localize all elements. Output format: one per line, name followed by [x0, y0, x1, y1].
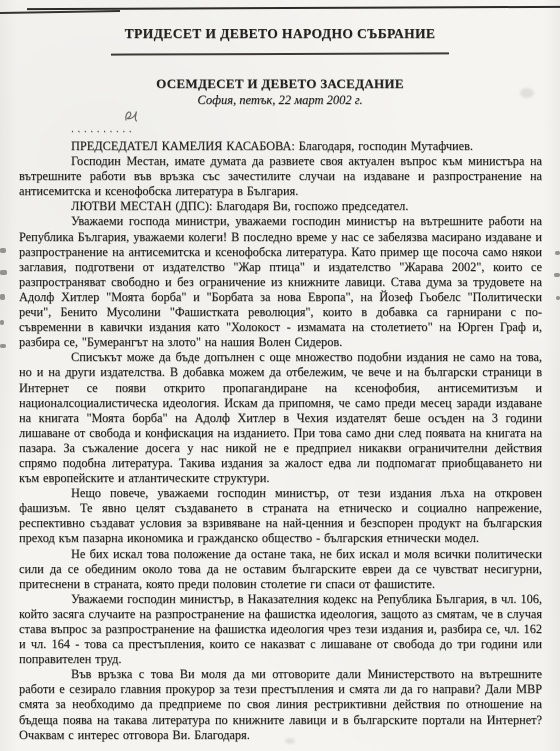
- session-title: ОСЕМДЕСЕТ И ДЕВЕТО ЗАСЕДАНИЕ: [0, 76, 560, 92]
- transcript-paragraph: Господин Местан, имате думата да развиет…: [19, 154, 542, 199]
- scan-smudge: [285, 738, 295, 744]
- dotted-annotation: ··········: [70, 127, 134, 136]
- paragraph-text: Във връзка с това Ви моля да ми отговори…: [19, 667, 542, 741]
- paragraph-text: Не бих искал това положение да остане та…: [19, 547, 542, 591]
- transcript-paragraph: Във връзка с това Ви моля да ми отговори…: [19, 667, 542, 742]
- scan-artifact: [556, 296, 560, 300]
- scan-artifact: [0, 320, 4, 325]
- scan-artifact: [0, 248, 6, 253]
- top-rule-fragment: [0, 10, 120, 14]
- transcript-paragraph: Списъкът може да бъде допълнен с още мно…: [19, 350, 542, 486]
- speaker-name: ЛЮТВИ МЕСТАН (ДПС):: [71, 199, 212, 213]
- paragraph-text: Благодаря Ви, госпожо председател.: [212, 199, 408, 213]
- transcript-paragraph: Нещо повече, уважаеми господин министър,…: [19, 486, 542, 546]
- scanned-transcript-page: ТРИДЕСЕТ И ДЕВЕТО НАРОДНО СЪБРАНИЕ ОСЕМД…: [0, 0, 560, 751]
- paragraph-text: Уважаеми господа министри, уважаеми госп…: [19, 214, 542, 349]
- scan-artifact: [554, 273, 560, 277]
- paragraph-text: Благодаря, господин Мутафчиев.: [295, 139, 473, 153]
- assembly-title: ТРИДЕСЕТ И ДЕВЕТО НАРОДНО СЪБРАНИЕ: [0, 26, 560, 42]
- scan-artifact: [0, 270, 7, 275]
- paragraph-text: Списъкът може да бъде допълнен с още мно…: [19, 350, 542, 485]
- scan-artifact: [555, 251, 560, 255]
- session-place-date: София, петък, 22 март 2002 г.: [0, 93, 560, 108]
- transcript-paragraph: Уважаеми господин министър, в Наказателн…: [19, 592, 542, 667]
- title-underline-rule: [111, 52, 449, 55]
- paragraph-text: Господин Местан, имате думата да развиет…: [19, 154, 542, 198]
- scan-artifact: [0, 344, 6, 348]
- scan-artifact: [0, 294, 5, 300]
- scan-smudge: [520, 88, 534, 98]
- transcript-paragraph: Уважаеми господа министри, уважаеми госп…: [19, 214, 542, 350]
- paragraph-text: Уважаеми господин министър, в Наказателн…: [19, 592, 542, 666]
- transcript-paragraph: Не бих искал това положение да остане та…: [19, 547, 542, 592]
- transcript-body: ПРЕДСЕДАТЕЛ КАМЕЛИЯ КАСАБОВА: Благодаря,…: [19, 139, 542, 743]
- transcript-paragraph: ЛЮТВИ МЕСТАН (ДПС): Благодаря Ви, госпож…: [19, 199, 542, 214]
- paragraph-text: Нещо повече, уважаеми господин министър,…: [19, 486, 542, 545]
- speaker-name: ПРЕДСЕДАТЕЛ КАМЕЛИЯ КАСАБОВА:: [71, 139, 295, 153]
- transcript-paragraph: ПРЕДСЕДАТЕЛ КАМЕЛИЯ КАСАБОВА: Благодаря,…: [19, 139, 542, 154]
